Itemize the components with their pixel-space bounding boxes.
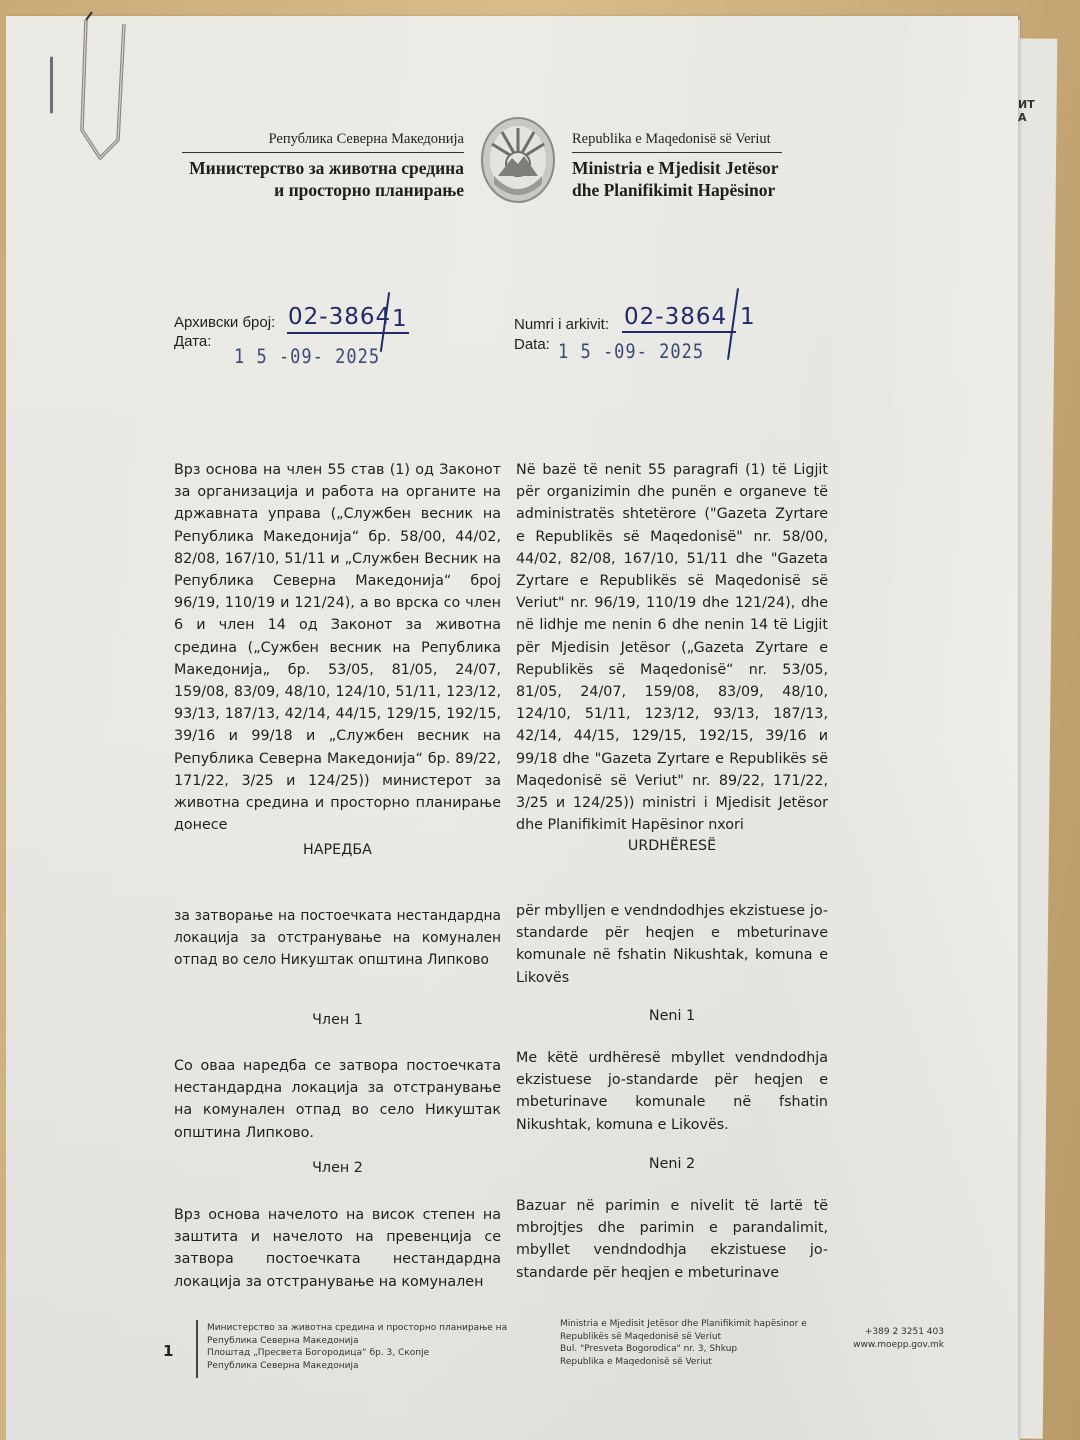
- article-1-text-mk: Со оваа наредба се затвора постоечката н…: [174, 1055, 501, 1144]
- footer-sq-line: Republika e Maqedonisë së Veriut: [560, 1356, 807, 1369]
- header-ministry-mk-line1: Министерство за животна средина: [182, 157, 464, 179]
- footer-sq-line: Bul. "Presveta Bogorodica" nr. 3, Shkup: [560, 1343, 807, 1356]
- footer-mk-line: Република Северна Македонија: [207, 1335, 507, 1348]
- coat-of-arms-icon: [478, 114, 558, 206]
- preamble-mk: Врз основа на член 55 став (1) од Законо…: [174, 459, 501, 836]
- title-mk: НАРЕДБА: [174, 842, 501, 858]
- article-2-text-mk: Врз основа начелото на висок степен на з…: [174, 1204, 501, 1293]
- subject-mk: за затворање на постоечката нестандардна…: [174, 905, 501, 972]
- footer-mk-line: Министерство за животна средина и просто…: [207, 1322, 507, 1335]
- article-1-text-sq: Me këtë urdhëresë mbyllet vendndodhja ek…: [516, 1047, 828, 1136]
- article-2-heading-sq: Neni 2: [516, 1156, 828, 1172]
- article-2-text-sq: Bazuar në parimin e nivelit të lartë të …: [516, 1195, 828, 1284]
- document-page: [6, 16, 1018, 1440]
- underlying-page-fragment: ИТA: [1018, 98, 1035, 124]
- footer-address-sq: Ministria e Mjedisit Jetësor dhe Planifi…: [560, 1318, 807, 1368]
- header-ministry-sq-line2: dhe Planifikimit Hapësinor: [572, 179, 782, 201]
- date-stamp-sq: 1 5 -09- 2025: [558, 341, 704, 364]
- date-label-mk: Дата:: [174, 333, 211, 350]
- header-country-mk: Република Северна Македонија: [182, 131, 464, 153]
- footer-contact: +389 2 3251 403 www.moepp.gov.mk: [852, 1326, 944, 1351]
- archive-number-suffix-sq: 1: [740, 304, 756, 330]
- header-sq: Republika e Maqedonisë së Veriut Ministr…: [572, 130, 782, 201]
- archive-number-suffix-mk: 1: [392, 306, 408, 332]
- title-sq: URDHËRESË: [516, 838, 828, 854]
- footer-address-mk: Министерство за животна средина и просто…: [207, 1322, 507, 1372]
- date-stamp-mk: 1 5 -09- 2025: [234, 346, 380, 369]
- archive-number-label-sq: Numri i arkivit:: [514, 316, 609, 333]
- archive-number-mk: 02-3864: [288, 304, 391, 330]
- footer-sq-line: Ministria e Mjedisit Jetësor dhe Planifi…: [560, 1318, 807, 1331]
- archive-number-label-mk: Архивски број:: [174, 314, 275, 331]
- article-1-heading-mk: Член 1: [174, 1012, 501, 1028]
- article-1-heading-sq: Neni 1: [516, 1008, 828, 1024]
- archive-number-sq: 02-3864: [624, 304, 727, 330]
- subject-sq: për mbylljen e vendndodhjes ekzistuese j…: [516, 900, 828, 989]
- header-mk: Република Северна Македонија Министерств…: [182, 130, 464, 201]
- footer-mk-line: Република Северна Македонија: [207, 1360, 507, 1373]
- staple-icon: [48, 56, 55, 114]
- header-ministry-sq-line1: Ministria e Mjedisit Jetësor: [572, 157, 782, 179]
- footer-mk-line: Плоштад „Пресвета Богородица“ бр. 3, Ско…: [207, 1347, 507, 1360]
- page-number: 1: [163, 1342, 173, 1360]
- preamble-sq: Në bazë të nenit 55 paragrafi (1) të Lig…: [516, 459, 828, 836]
- footer-phone: +389 2 3251 403: [852, 1326, 944, 1339]
- header-ministry-mk-line2: и просторно планирање: [182, 179, 464, 201]
- date-label-sq: Data:: [514, 336, 550, 353]
- paperclip-icon: [78, 10, 134, 160]
- header-country-sq: Republika e Maqedonisë së Veriut: [572, 131, 782, 153]
- footer-sq-line: Republikës së Maqedonisë së Veriut: [560, 1331, 807, 1344]
- footer-divider: [196, 1320, 198, 1378]
- article-2-heading-mk: Член 2: [174, 1160, 501, 1176]
- footer-website: www.moepp.gov.mk: [852, 1339, 944, 1352]
